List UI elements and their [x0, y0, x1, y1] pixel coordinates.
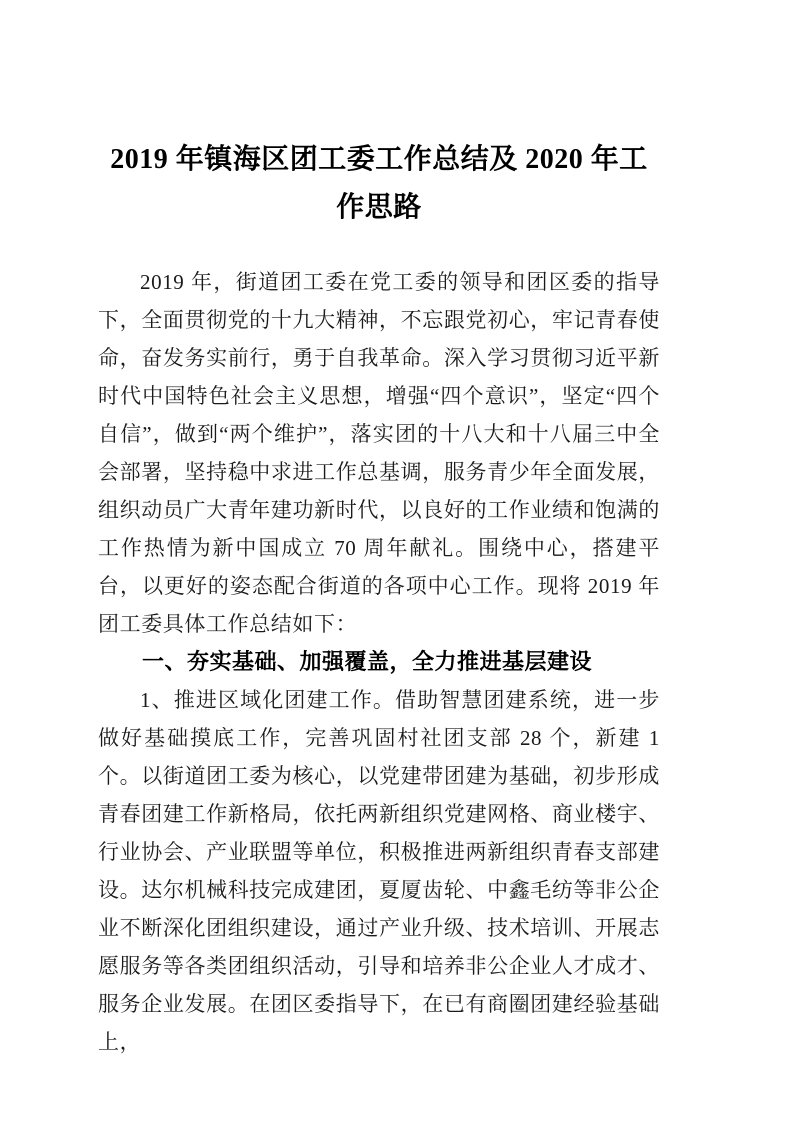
paragraph-intro: 2019 年，街道团工委在党工委的领导和团区委的指导下，全面贯彻党的十九大精神，… — [98, 263, 660, 643]
section-heading-1: 一、夯实基础、加强覆盖，全力推进基层建设 — [98, 643, 660, 681]
document-title: 2019 年镇海区团工委工作总结及 2020 年工作思路 — [98, 136, 660, 232]
document-page: 2019 年镇海区团工委工作总结及 2020 年工作思路 2019 年，街道团工… — [0, 0, 793, 1122]
paragraph-section-1-body: 1、推进区域化团建工作。借助智慧团建系统，进一步做好基础摸底工作，完善巩固村社团… — [98, 681, 660, 1061]
